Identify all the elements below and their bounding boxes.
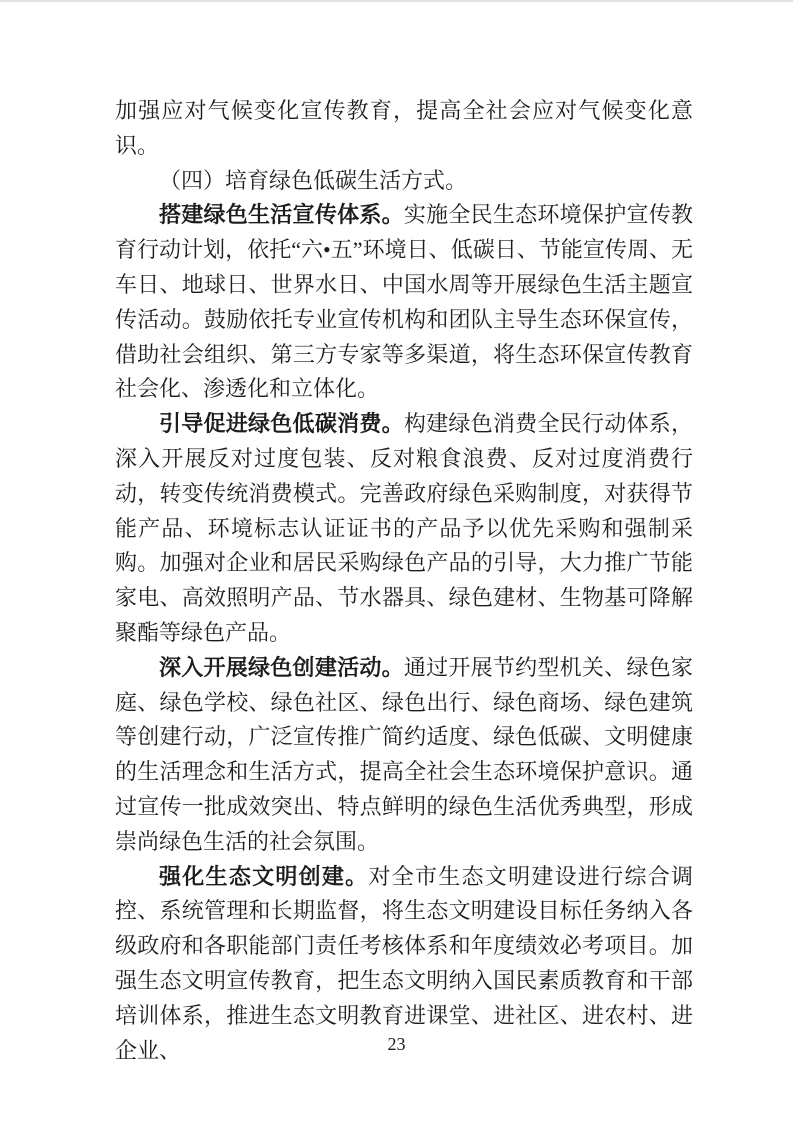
paragraph-lead: 强化生态文明创建。 bbox=[159, 864, 368, 889]
paragraph-text: 加强应对气候变化宣传教育，提高全社会应对气候变化意识。 bbox=[115, 98, 693, 158]
paragraph-text: 通过开展节约型机关、绿色家庭、绿色学校、绿色社区、绿色出行、绿色商场、绿色建筑等… bbox=[115, 655, 693, 854]
paragraph-green-consumption: 引导促进绿色低碳消费。构建绿色消费全民行动体系，深入开展反对过度包装、反对粮食浪… bbox=[115, 407, 693, 651]
paragraph-green-creation-activities: 深入开展绿色创建活动。通过开展节约型机关、绿色家庭、绿色学校、绿色社区、绿色出行… bbox=[115, 651, 693, 860]
scan-edge-artifact bbox=[0, 0, 793, 2]
paragraph-continuation: 加强应对气候变化宣传教育，提高全社会应对气候变化意识。 bbox=[115, 94, 693, 164]
paragraph-lead: 深入开展绿色创建活动。 bbox=[159, 655, 404, 680]
paragraph-text: 实施全民生态环境保护宣传教育行动计划，依托“六•五”环境日、低碳日、节能宣传周、… bbox=[115, 202, 693, 401]
paragraph-text: （四）培育绿色低碳生活方式。 bbox=[159, 168, 467, 193]
page-number: 23 bbox=[0, 1033, 793, 1055]
paragraph-section-heading: （四）培育绿色低碳生活方式。 bbox=[115, 164, 693, 199]
paragraph-lead: 引导促进绿色低碳消费。 bbox=[159, 411, 404, 436]
document-page: 加强应对气候变化宣传教育，提高全社会应对气候变化意识。 （四）培育绿色低碳生活方… bbox=[0, 0, 793, 1122]
paragraph-lead: 搭建绿色生活宣传体系。 bbox=[159, 202, 404, 227]
paragraph-green-life-publicity: 搭建绿色生活宣传体系。实施全民生态环境保护宣传教育行动计划，依托“六•五”环境日… bbox=[115, 198, 693, 407]
document-body: 加强应对气候变化宣传教育，提高全社会应对气候变化意识。 （四）培育绿色低碳生活方… bbox=[115, 94, 693, 1068]
paragraph-text: 构建绿色消费全民行动体系，深入开展反对过度包装、反对粮食浪费、反对过度消费行动，… bbox=[115, 411, 693, 645]
